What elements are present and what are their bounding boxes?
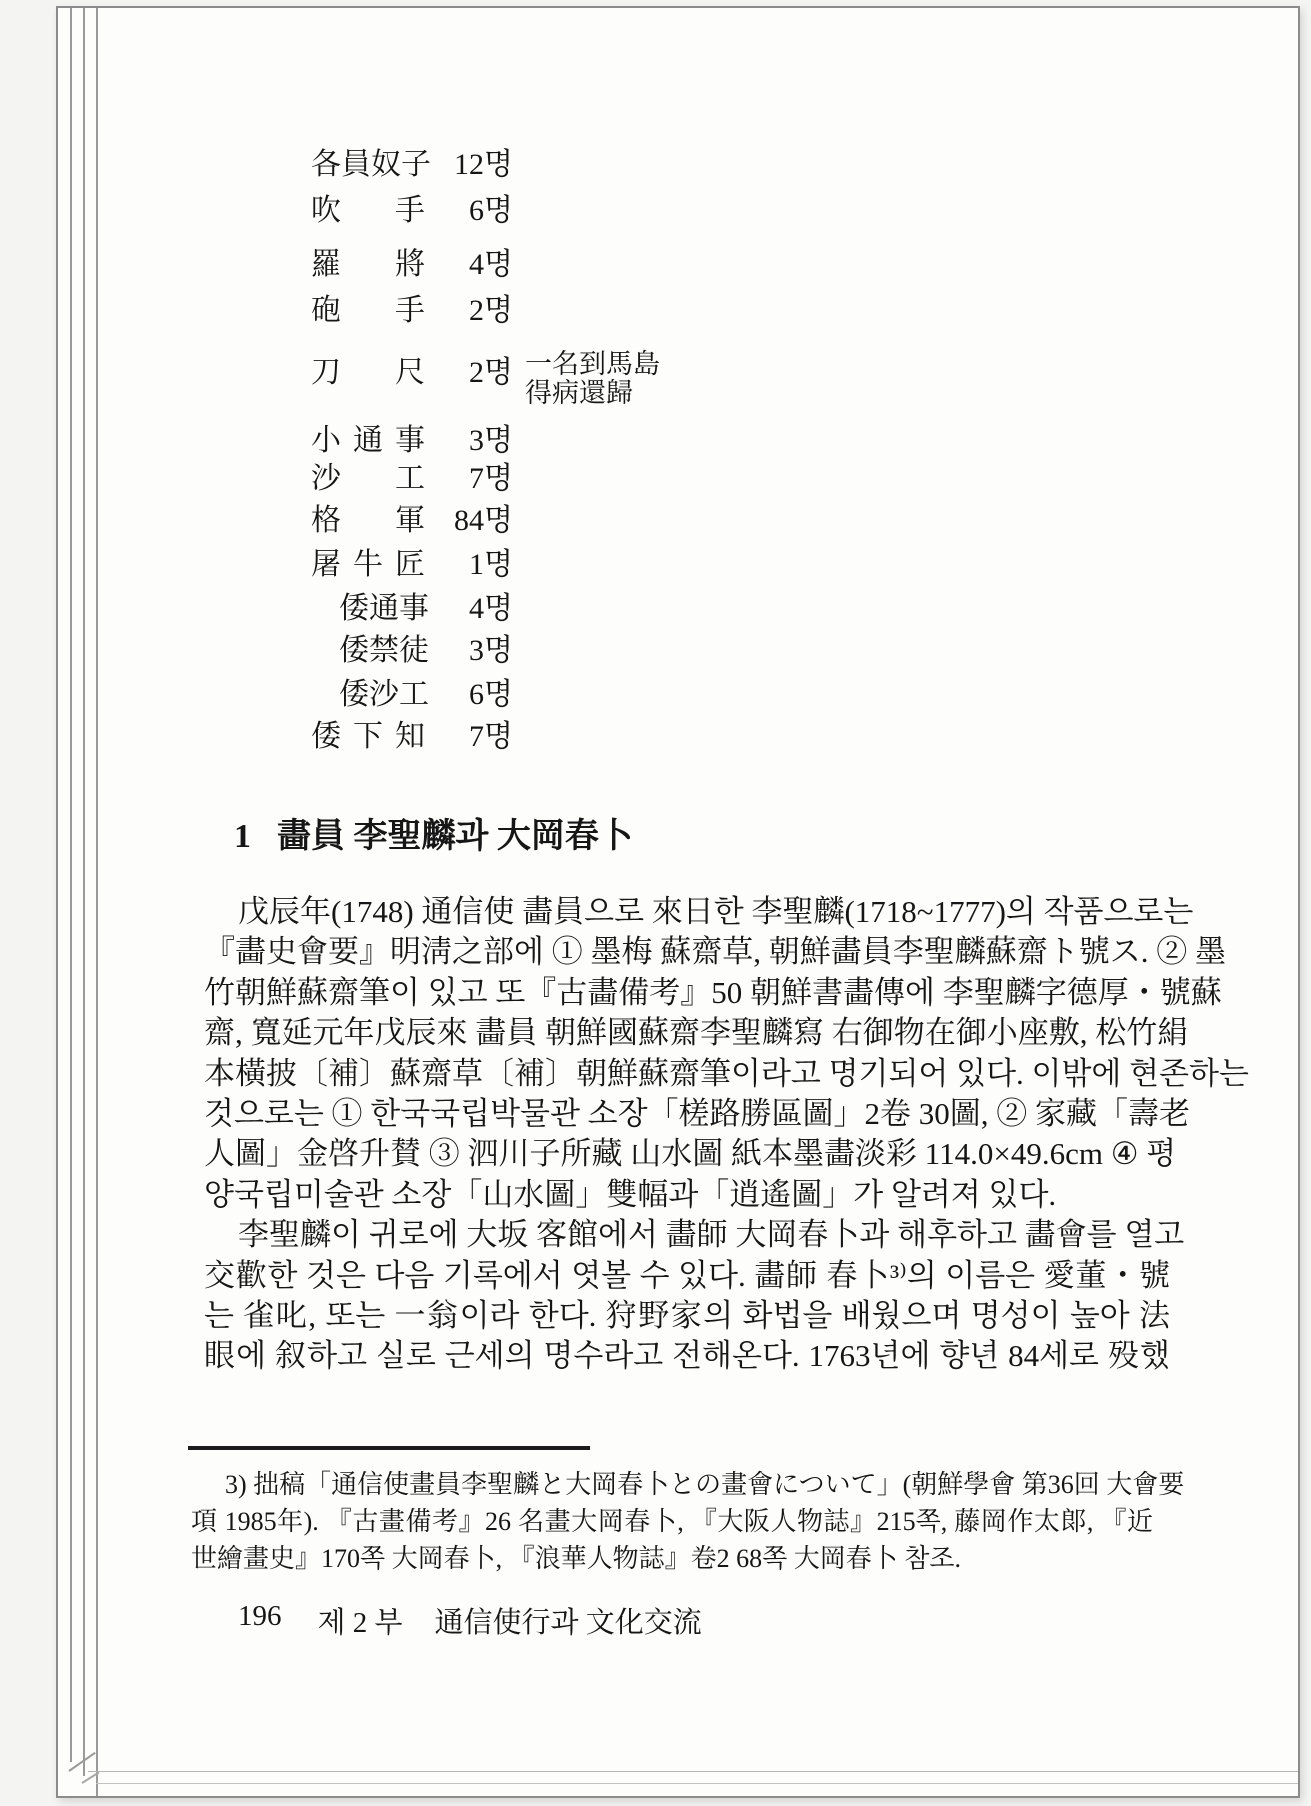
body-line: 것으로는 ① 한국국립박물관 소장「槎路勝區圖」2卷 30圖, ② 家藏「壽老 bbox=[204, 1094, 1170, 1134]
footnote-line: 3) 拙稿「通信使畫員李聖麟と大岡春卜との畫會について」(朝鮮學會 第36回 大… bbox=[191, 1466, 1153, 1503]
roster-title: 倭禁徒 bbox=[311, 634, 425, 668]
roster-count: 1명 bbox=[435, 548, 513, 582]
body-line: 本橫披〔補〕蘇齋草〔補〕朝鮮蘇齋筆이라고 명기되어 있다. 이밖에 현존하는 bbox=[204, 1054, 1170, 1094]
book-page-stack-line bbox=[83, 8, 85, 1776]
roster-row: 倭沙工 6명 bbox=[311, 678, 513, 712]
book-page-stack-line bbox=[70, 8, 72, 1762]
roster-row: 羅將 4명 bbox=[311, 248, 513, 282]
body-line: 竹朝鮮蘇齋筆이 있고 또『古畵備考』50 朝鮮書畵傳에 李聖麟字德厚・號蘇 bbox=[204, 973, 1170, 1013]
personnel-roster: 各員奴子 12명 吹手 6명 羅將 4명 砲手 2명 刀尺 2명 一名到馬島 得… bbox=[311, 148, 513, 754]
roster-count: 3명 bbox=[435, 634, 513, 668]
roster-row: 沙工 7명 bbox=[311, 462, 513, 496]
roster-count: 2명 bbox=[435, 356, 513, 390]
footnote-line: 項 1985年). 『古畫備考』26 名畫大岡春卜, 『大阪人物誌』215쪽, … bbox=[191, 1503, 1153, 1540]
scanned-page: 各員奴子 12명 吹手 6명 羅將 4명 砲手 2명 刀尺 2명 一名到馬島 得… bbox=[56, 6, 1300, 1798]
body-text: 戊辰年(1748) 通信使 畵員으로 來日한 李聖麟(1718~1777)의 작… bbox=[204, 892, 1170, 1377]
body-line: 交歡한 것은 다음 기록에서 엿볼 수 있다. 畵師 春卜³⁾의 이름은 愛董・… bbox=[204, 1256, 1170, 1296]
roster-count: 84명 bbox=[435, 504, 513, 538]
roster-count: 3명 bbox=[435, 424, 513, 458]
body-line: 人圖」金啓升賛 ③ 泗川子所藏 山水圖 紙本墨畵淡彩 114.0×49.6cm … bbox=[204, 1134, 1170, 1174]
roster-count: 7명 bbox=[435, 720, 513, 754]
roster-title: 屠牛匠 bbox=[311, 548, 425, 582]
roster-title: 倭通事 bbox=[311, 592, 425, 626]
roster-count: 7명 bbox=[435, 462, 513, 496]
roster-title: 格軍 bbox=[311, 504, 425, 538]
section-number: 1 bbox=[234, 818, 251, 855]
roster-title: 倭沙工 bbox=[311, 678, 425, 712]
section-title: 畵員 李聖麟과 大岡春卜 bbox=[277, 818, 633, 855]
roster-row: 砲手 2명 bbox=[311, 294, 513, 328]
roster-title: 倭下知 bbox=[311, 720, 425, 754]
roster-row: 倭下知 7명 bbox=[311, 720, 513, 754]
roster-title: 吹手 bbox=[311, 194, 425, 228]
roster-count: 12명 bbox=[435, 148, 513, 182]
roster-count: 4명 bbox=[435, 248, 513, 282]
part-label: 제 2 부 bbox=[318, 1600, 403, 1641]
book-page-stack-line-bottom bbox=[96, 1783, 1298, 1784]
page-number: 196 bbox=[238, 1600, 282, 1641]
roster-title: 各員奴子 bbox=[311, 148, 425, 182]
body-line: 는 雀叱, 또는 一翁이라 한다. 狩野家의 화법을 배웠으며 명성이 높아 法 bbox=[204, 1296, 1170, 1336]
roster-title: 小通事 bbox=[311, 424, 425, 458]
roster-row: 刀尺 2명 一名到馬島 得病還歸 bbox=[311, 356, 513, 390]
roster-count: 6명 bbox=[435, 678, 513, 712]
roster-row: 吹手 6명 bbox=[311, 194, 513, 228]
body-line: 李聖麟이 귀로에 大坂 客館에서 畵師 大岡春卜과 해후하고 畵會를 열고 bbox=[204, 1215, 1170, 1255]
roster-row: 各員奴子 12명 bbox=[311, 148, 513, 182]
roster-side-note-line: 一名到馬島 bbox=[525, 349, 660, 379]
footnote-line: 世繪畫史』170쪽 大岡春卜, 『浪華人物誌』卷2 68쪽 大岡春卜 참조. bbox=[191, 1540, 1153, 1577]
roster-count: 4명 bbox=[435, 592, 513, 626]
body-line: 眼에 叙하고 실로 근세의 명수라고 전해온다. 1763년에 향년 84세로 … bbox=[204, 1336, 1170, 1376]
body-line: 齋, 寬延元年戊辰來 畵員 朝鮮國蘇齋李聖麟寫 右御物在御小座敷, 松竹絹 bbox=[204, 1013, 1170, 1053]
running-title: 通信使行과 文化交流 bbox=[435, 1600, 702, 1641]
body-line: 『畵史會要』明淸之部에 ① 墨梅 蘇齋草, 朝鮮畵員李聖麟蘇齋ト號ス. ② 墨 bbox=[204, 932, 1170, 972]
section-heading: 1畵員 李聖麟과 大岡春卜 bbox=[234, 808, 633, 857]
roster-title: 刀尺 bbox=[311, 356, 425, 390]
body-line: 戊辰年(1748) 通信使 畵員으로 來日한 李聖麟(1718~1777)의 작… bbox=[204, 892, 1170, 932]
footnote-rule bbox=[188, 1446, 590, 1450]
roster-row: 格軍 84명 bbox=[311, 504, 513, 538]
roster-row: 小通事 3명 bbox=[311, 424, 513, 458]
roster-side-note: 一名到馬島 得病還歸 bbox=[525, 350, 745, 408]
roster-count: 2명 bbox=[435, 294, 513, 328]
roster-row: 屠牛匠 1명 bbox=[311, 548, 513, 582]
page-footer: 196 제 2 부 通信使行과 文化交流 bbox=[238, 1600, 702, 1641]
roster-title: 砲手 bbox=[311, 294, 425, 328]
body-line: 양국립미술관 소장「山水圖」雙幅과「逍遙圖」가 알려져 있다. bbox=[204, 1175, 1170, 1215]
roster-title: 羅將 bbox=[311, 248, 425, 282]
roster-count: 6명 bbox=[435, 194, 513, 228]
roster-side-note-line: 得病還歸 bbox=[525, 378, 633, 408]
book-page-stack-line-bottom bbox=[88, 1771, 1298, 1772]
roster-row: 倭通事 4명 bbox=[311, 592, 513, 626]
footnote: 3) 拙稿「通信使畫員李聖麟と大岡春卜との畫會について」(朝鮮學會 第36回 大… bbox=[191, 1466, 1153, 1577]
roster-row: 倭禁徒 3명 bbox=[311, 634, 513, 668]
roster-title: 沙工 bbox=[311, 462, 425, 496]
page-left-edge bbox=[96, 8, 98, 1796]
